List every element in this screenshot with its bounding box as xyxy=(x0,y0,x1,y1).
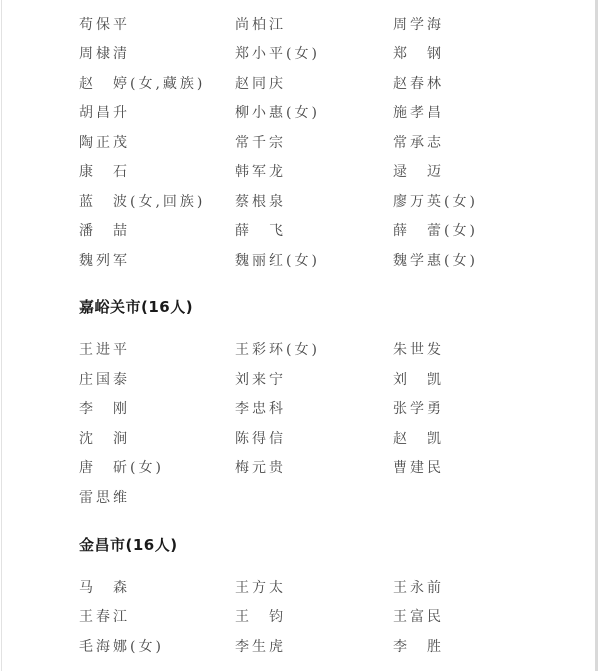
name-cell: 郑小平(女) xyxy=(235,43,320,65)
name-cell: 王进平 xyxy=(79,339,130,361)
name-cell: 施孝昌 xyxy=(393,102,444,124)
name-cell: 王富民 xyxy=(393,606,444,628)
name-cell: 曹建民 xyxy=(393,457,444,479)
document-page: 苟保平 尚柏江 周学海 周棣清 郑小平(女) 郑 钢 赵 婷(女,藏族) 赵同庆… xyxy=(0,0,595,671)
name-row: 赵 婷(女,藏族) 赵同庆 赵春林 xyxy=(79,73,499,95)
name-row: 庄国泰 刘来宁 刘 凯 xyxy=(79,369,499,391)
name-row: 潘 喆 薛 飞 薛 蕾(女) xyxy=(79,220,499,242)
name-cell: 雷思维 xyxy=(79,487,130,509)
name-cell: 潘 喆 xyxy=(79,220,130,242)
name-row: 周棣清 郑小平(女) 郑 钢 xyxy=(79,43,499,65)
name-cell: 魏列军 xyxy=(79,250,130,272)
name-cell: 王 钧 xyxy=(235,606,286,628)
name-cell: 李忠科 xyxy=(235,398,286,420)
name-row: 蓝 波(女,回族) 蔡根泉 廖万英(女) xyxy=(79,191,499,213)
name-cell: 王春江 xyxy=(79,606,130,628)
name-row: 陶正茂 常千宗 常承志 xyxy=(79,132,499,154)
name-cell: 李 胜 xyxy=(393,636,444,658)
name-cell: 赵 凯 xyxy=(393,428,444,450)
name-cell: 蔡根泉 xyxy=(235,191,286,213)
name-cell: 周棣清 xyxy=(79,43,130,65)
name-cell: 刘来宁 xyxy=(235,369,286,391)
name-cell: 王永前 xyxy=(393,577,444,599)
name-cell: 梅元贵 xyxy=(235,457,286,479)
section-heading-jiayuguan: 嘉峪关市(16人) xyxy=(79,296,193,318)
name-cell: 赵 婷(女,藏族) xyxy=(79,73,205,95)
name-cell: 李 刚 xyxy=(79,398,130,420)
name-cell: 沈 涧 xyxy=(79,428,130,450)
name-cell: 王彩环(女) xyxy=(235,339,320,361)
name-row: 沈 涧 陈得信 赵 凯 xyxy=(79,428,499,450)
name-row: 魏列军 魏丽红(女) 魏学惠(女) xyxy=(79,250,499,272)
name-cell: 庄国泰 xyxy=(79,369,130,391)
name-cell: 唐 斫(女) xyxy=(79,457,164,479)
name-cell: 李生虎 xyxy=(235,636,286,658)
name-cell: 韩军龙 xyxy=(235,161,286,183)
name-cell: 薛 飞 xyxy=(235,220,286,242)
name-cell: 胡昌升 xyxy=(79,102,130,124)
name-cell: 赵春林 xyxy=(393,73,444,95)
name-row: 雷思维 xyxy=(79,487,499,509)
name-cell: 王方太 xyxy=(235,577,286,599)
name-cell: 张学勇 xyxy=(393,398,444,420)
name-cell: 苟保平 xyxy=(79,14,130,36)
name-cell: 魏学惠(女) xyxy=(393,250,478,272)
name-cell: 薛 蕾(女) xyxy=(393,220,478,242)
name-row: 苟保平 尚柏江 周学海 xyxy=(79,14,499,36)
name-cell: 逯 迈 xyxy=(393,161,444,183)
name-cell: 朱世发 xyxy=(393,339,444,361)
name-cell: 魏丽红(女) xyxy=(235,250,320,272)
name-cell: 康 石 xyxy=(79,161,130,183)
name-row: 康 石 韩军龙 逯 迈 xyxy=(79,161,499,183)
name-cell: 常千宗 xyxy=(235,132,286,154)
name-cell: 赵同庆 xyxy=(235,73,286,95)
name-cell: 柳小惠(女) xyxy=(235,102,320,124)
name-row: 王春江 王 钧 王富民 xyxy=(79,606,499,628)
name-row: 王进平 王彩环(女) 朱世发 xyxy=(79,339,499,361)
name-cell: 蓝 波(女,回族) xyxy=(79,191,205,213)
name-row: 胡昌升 柳小惠(女) 施孝昌 xyxy=(79,102,499,124)
name-cell: 毛海娜(女) xyxy=(79,636,164,658)
name-cell: 陈得信 xyxy=(235,428,286,450)
name-cell: 尚柏江 xyxy=(235,14,286,36)
name-cell: 马 森 xyxy=(79,577,130,599)
name-cell: 廖万英(女) xyxy=(393,191,478,213)
name-cell: 周学海 xyxy=(393,14,444,36)
name-cell: 刘 凯 xyxy=(393,369,444,391)
name-row: 唐 斫(女) 梅元贵 曹建民 xyxy=(79,457,499,479)
name-row: 李 刚 李忠科 张学勇 xyxy=(79,398,499,420)
name-cell: 常承志 xyxy=(393,132,444,154)
name-row: 马 森 王方太 王永前 xyxy=(79,577,499,599)
name-cell: 陶正茂 xyxy=(79,132,130,154)
name-row: 毛海娜(女) 李生虎 李 胜 xyxy=(79,636,499,658)
section-heading-jinchang: 金昌市(16人) xyxy=(79,534,178,556)
name-cell: 郑 钢 xyxy=(393,43,444,65)
